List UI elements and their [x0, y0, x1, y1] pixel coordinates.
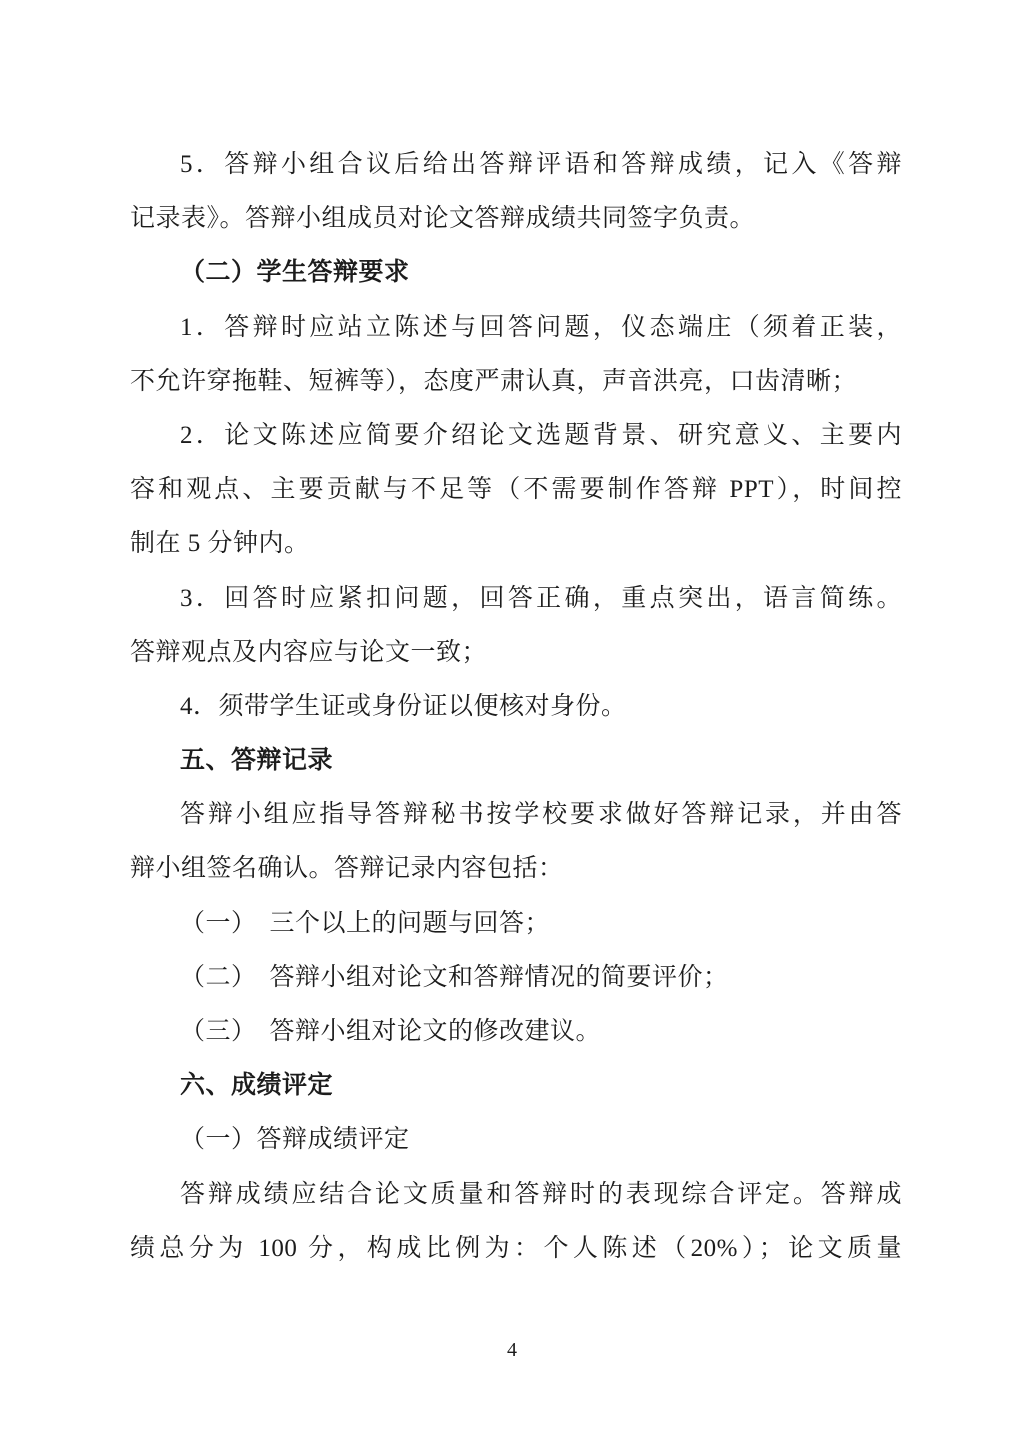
list-item: （二） 答辩小组对论文和答辩情况的简要评价；	[130, 951, 902, 1005]
text-line: 辩小组签名确认。答辩记录内容包括：	[130, 842, 902, 896]
list-item: （一） 三个以上的问题与回答；	[130, 897, 902, 951]
text-line: 答辩小组应指导答辩秘书按学校要求做好答辩记录，并由答	[130, 788, 902, 842]
page-number: 4	[0, 1335, 1024, 1365]
text-line: 容和观点、主要贡献与不足等（不需要制作答辩 PPT），时间控	[130, 463, 902, 517]
text-line: 4．须带学生证或身份证以便核对身份。	[130, 680, 902, 734]
text-line: 5．答辩小组合议后给出答辩评语和答辩成绩，记入《答辩	[130, 138, 902, 192]
text-line: 不允许穿拖鞋、短裤等），态度严肃认真，声音洪亮，口齿清晰；	[130, 355, 902, 409]
subsection-heading: （一）答辩成绩评定	[130, 1113, 902, 1167]
text-line: 1．答辩时应站立陈述与回答问题，仪态端庄（须着正装，	[130, 301, 902, 355]
section-heading: （二）学生答辩要求	[130, 246, 902, 300]
document-text-block: 5．答辩小组合议后给出答辩评语和答辩成绩，记入《答辩 记录表》。答辩小组成员对论…	[130, 138, 902, 1276]
text-line: 3．回答时应紧扣问题，回答正确，重点突出，语言简练。	[130, 572, 902, 626]
list-item: （三） 答辩小组对论文的修改建议。	[130, 1005, 902, 1059]
section-heading: 六、成绩评定	[130, 1059, 902, 1113]
text-line: 答辩观点及内容应与论文一致；	[130, 626, 902, 680]
text-line: 绩总分为 100 分，构成比例为：个人陈述（20%）；论文质量（20%）；	[130, 1222, 902, 1276]
document-page: 5．答辩小组合议后给出答辩评语和答辩成绩，记入《答辩 记录表》。答辩小组成员对论…	[0, 0, 1024, 1448]
text-line: 制在 5 分钟内。	[130, 517, 902, 571]
text-line: 答辩成绩应结合论文质量和答辩时的表现综合评定。答辩成	[130, 1168, 902, 1222]
section-heading: 五、答辩记录	[130, 734, 902, 788]
text-line: 2．论文陈述应简要介绍论文选题背景、研究意义、主要内	[130, 409, 902, 463]
text-line: 记录表》。答辩小组成员对论文答辩成绩共同签字负责。	[130, 192, 902, 246]
